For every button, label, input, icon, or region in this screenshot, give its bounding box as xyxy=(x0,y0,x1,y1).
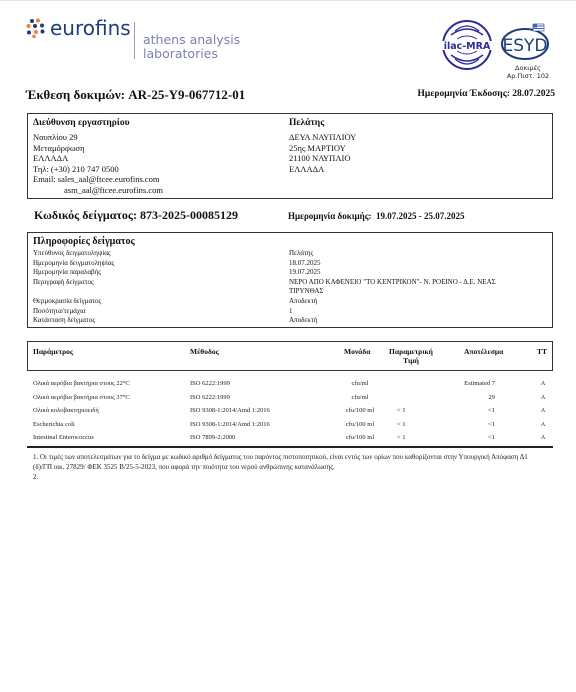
address-box: Διεύθυνση εργαστηρίου Ναυπλίου 29 Μεταμό… xyxy=(27,113,553,199)
sample-info-box: Πληροφορίες δείγματος Υπεύθυνος δειγματο… xyxy=(27,232,553,328)
header-tt: TT xyxy=(537,347,547,356)
info-row: Θερμοκρασία δείγματος Αποδεκτή xyxy=(33,297,548,307)
info-row: Ποσότητα/τεμάχια 1 xyxy=(33,307,548,317)
note-1: 1. Οι τιμές των αποτελεσμάτων για το δεί… xyxy=(33,453,533,473)
lab-address: Διεύθυνση εργαστηρίου Ναυπλίου 29 Μεταμό… xyxy=(33,117,163,195)
header-result: Αποτέλεσμα xyxy=(464,347,503,356)
lab-email-secondary: asm_aal@ftcee.eurofins.com xyxy=(33,185,163,196)
table-row: Ολικά αερόβια βακτήρια στους 37°C ISO 62… xyxy=(27,392,553,406)
lab-phone: Τηλ: (+30) 210 747 0500 xyxy=(33,164,163,175)
svg-text:ESYD: ESYD xyxy=(502,36,547,56)
client-address: Πελάτης ΔΕΥΑ ΝΑΥΠΛΙΟΥ 25ης ΜΑΡΤΙΟΥ 21100… xyxy=(289,117,356,174)
eurofins-dots-icon xyxy=(26,18,46,38)
info-row: Ημερομηνία παραλαβής 19.07.2025 xyxy=(33,268,548,278)
results-bottom-rule xyxy=(27,446,553,448)
sample-code: Κωδικός δείγματος: 873-2025-00085129 xyxy=(34,208,238,223)
svg-text:ilac-MRA: ilac-MRA xyxy=(444,41,491,52)
info-row: Υπεύθυνος δειγματοληψίας Πελάτης xyxy=(33,249,548,259)
results-table-body: Ολικά αερόβια βακτήρια στους 22°C ISO 62… xyxy=(27,378,553,446)
lab-name: athens analysis laboratories xyxy=(143,33,240,61)
info-row: Περιγραφή δείγματος ΝΕΡΟ ΑΠΟ ΚΑΦΕΝΕΙΟ "Τ… xyxy=(33,278,548,297)
header-parameter: Παράμετρος xyxy=(33,347,73,356)
lab-address-heading: Διεύθυνση εργαστηρίου xyxy=(33,117,163,129)
sample-info-heading: Πληροφορίες δείγματος xyxy=(33,236,135,247)
table-row: Escherichia coli ISO 9308-1:2014/Amd 1:2… xyxy=(27,419,553,433)
page-top-border xyxy=(0,0,576,1)
table-row: Ολικά κολοβακτηριοειδή ISO 9308-1:2014/A… xyxy=(27,405,553,419)
brand-name: eurofins xyxy=(50,18,131,38)
header-parametric-value: Παραμετρική Τιμή xyxy=(386,347,436,365)
note-2: 2. xyxy=(33,473,533,483)
esyd-logo-icon: ESYD xyxy=(500,22,552,62)
test-date: Ημερομηνία δοκιμής: 19.07.2025 - 25.07.2… xyxy=(288,211,465,221)
header-method: Μέθοδος xyxy=(190,347,219,356)
info-row: Ημερομηνία δειγματοληψίας 18.07.2025 xyxy=(33,259,548,269)
notes: 1. Οι τιμές των αποτελεσμάτων για το δεί… xyxy=(33,453,533,482)
table-row: Ολικά αερόβια βακτήρια στους 22°C ISO 62… xyxy=(27,378,553,392)
sample-info-rows: Υπεύθυνος δειγματοληψίας Πελάτης Ημερομη… xyxy=(33,249,548,326)
eurofins-logo: eurofins xyxy=(26,16,131,40)
logo-divider xyxy=(134,22,135,59)
ilac-mra-logo-icon: ilac-MRA xyxy=(441,19,493,71)
lab-email: Email: sales_aal@ftcee.eurofins.com xyxy=(33,174,163,185)
header-unit: Μονάδα xyxy=(344,347,370,356)
issue-date: Ημερομηνία Έκδοσης: 28.07.2025 xyxy=(418,89,555,99)
table-row: Intestinal Enterococcus ISO 7899-2:2000 … xyxy=(27,432,553,446)
results-header: Παράμετρος Μέθοδος Μονάδα Παραμετρική Τι… xyxy=(27,341,553,371)
esyd-caption: Δοκιμές Αρ.Πιστ. 102 xyxy=(496,64,560,80)
client-heading: Πελάτης xyxy=(289,117,356,129)
report-title: Έκθεση δοκιμών: AR-25-Y9-067712-01 xyxy=(26,87,245,103)
info-row: Κατάσταση δείγματος Αποδεκτή xyxy=(33,316,548,326)
